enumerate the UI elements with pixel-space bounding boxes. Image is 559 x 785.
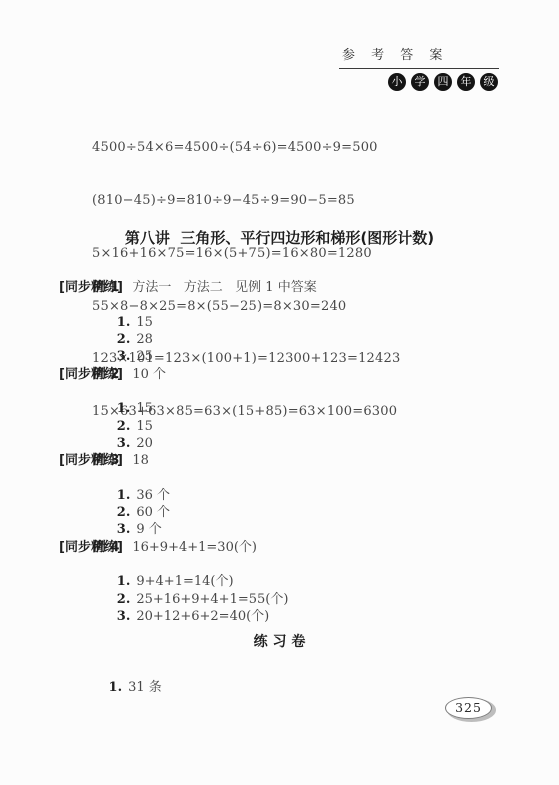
item-number: 2. bbox=[117, 332, 131, 347]
item-number: 3. bbox=[117, 522, 131, 537]
sync-practice-heading: [同步精练] bbox=[0, 366, 559, 383]
example-line: 例 416+9+4+1=30(个) bbox=[0, 521, 559, 538]
item-answer: 20+12+6+2=40(个) bbox=[136, 609, 269, 624]
book-page: 参 考 答 案 小 学 四 年 级 4500÷54×6=4500÷(54÷6)=… bbox=[0, 0, 559, 785]
item-answer: 15 bbox=[136, 315, 153, 330]
practice-section-title: 练 习 卷 bbox=[0, 631, 559, 651]
sync-practice-heading: [同步精练] bbox=[0, 452, 559, 469]
answer-item: 2.25+16+9+4+1=55(个) bbox=[0, 573, 559, 590]
item-number: 1. bbox=[109, 680, 123, 695]
item-number: 1. bbox=[117, 315, 131, 330]
item-number: 3. bbox=[117, 349, 131, 364]
example-answer: 18 bbox=[132, 453, 149, 468]
grade-badge-char: 年 bbox=[457, 73, 475, 91]
item-number: 2. bbox=[117, 419, 131, 434]
item-answer: 60 个 bbox=[136, 505, 170, 520]
item-number: 2. bbox=[117, 505, 131, 520]
item-number: 1. bbox=[117, 401, 131, 416]
item-answer: 36 个 bbox=[136, 488, 170, 503]
answer-item: 3.20 bbox=[0, 418, 559, 435]
item-answer: 20 bbox=[136, 436, 153, 451]
grade-badge: 小 学 四 年 级 bbox=[339, 73, 499, 91]
item-answer: 25+16+9+4+1=55(个) bbox=[136, 592, 288, 607]
grade-badge-char: 小 bbox=[388, 73, 406, 91]
example-answer: 10 个 bbox=[132, 367, 166, 382]
item-number: 2. bbox=[117, 592, 131, 607]
page-number: 325 bbox=[455, 700, 482, 715]
sync-practice-heading: [同步精练] bbox=[0, 539, 559, 556]
item-answer: 9+4+1=14(个) bbox=[136, 574, 233, 589]
item-answer: 28 bbox=[136, 332, 153, 347]
example-answer: 方法一 方法二 见例 1 中答案 bbox=[132, 280, 316, 295]
example-line: 例 318 bbox=[0, 435, 559, 452]
answers-content: 例 1方法一 方法二 见例 1 中答案 [同步精练] 1.15 2.28 3.2… bbox=[0, 262, 559, 608]
item-answer: 15 bbox=[136, 419, 153, 434]
grade-badge-char: 四 bbox=[434, 73, 452, 91]
item-number: 3. bbox=[117, 609, 131, 624]
example-line: 例 210 个 bbox=[0, 348, 559, 365]
grade-badge-char: 学 bbox=[411, 73, 429, 91]
item-answer: 25 bbox=[136, 349, 153, 364]
answer-item: 3.9 个 bbox=[0, 504, 559, 521]
section-title: 第八讲 三角形、平行四边形和梯形(图形计数) bbox=[0, 227, 559, 248]
practice-answer-item: 1.31 条 bbox=[0, 662, 559, 679]
item-number: 1. bbox=[117, 488, 131, 503]
answer-item: 3.25 bbox=[0, 331, 559, 348]
example-answer: 16+9+4+1=30(个) bbox=[132, 540, 257, 555]
example-line: 例 1方法一 方法二 见例 1 中答案 bbox=[0, 262, 559, 279]
page-number-badge: 325 bbox=[445, 697, 492, 719]
header-title: 参 考 答 案 bbox=[339, 44, 499, 69]
item-number: 3. bbox=[117, 436, 131, 451]
equation-line: 4500÷54×6=4500÷(54÷6)=4500÷9=500 bbox=[92, 139, 400, 157]
page-header: 参 考 答 案 小 学 四 年 级 bbox=[339, 44, 499, 91]
grade-badge-char: 级 bbox=[480, 73, 498, 91]
item-answer: 15 bbox=[136, 401, 153, 416]
answer-item: 2.28 bbox=[0, 314, 559, 331]
equation-line: (810−45)÷9=810÷9−45÷9=90−5=85 bbox=[92, 192, 400, 210]
answer-item: 2.15 bbox=[0, 400, 559, 417]
item-answer: 31 条 bbox=[128, 680, 162, 695]
answer-item: 2.60 个 bbox=[0, 487, 559, 504]
item-number: 1. bbox=[117, 574, 131, 589]
item-answer: 9 个 bbox=[136, 522, 161, 537]
